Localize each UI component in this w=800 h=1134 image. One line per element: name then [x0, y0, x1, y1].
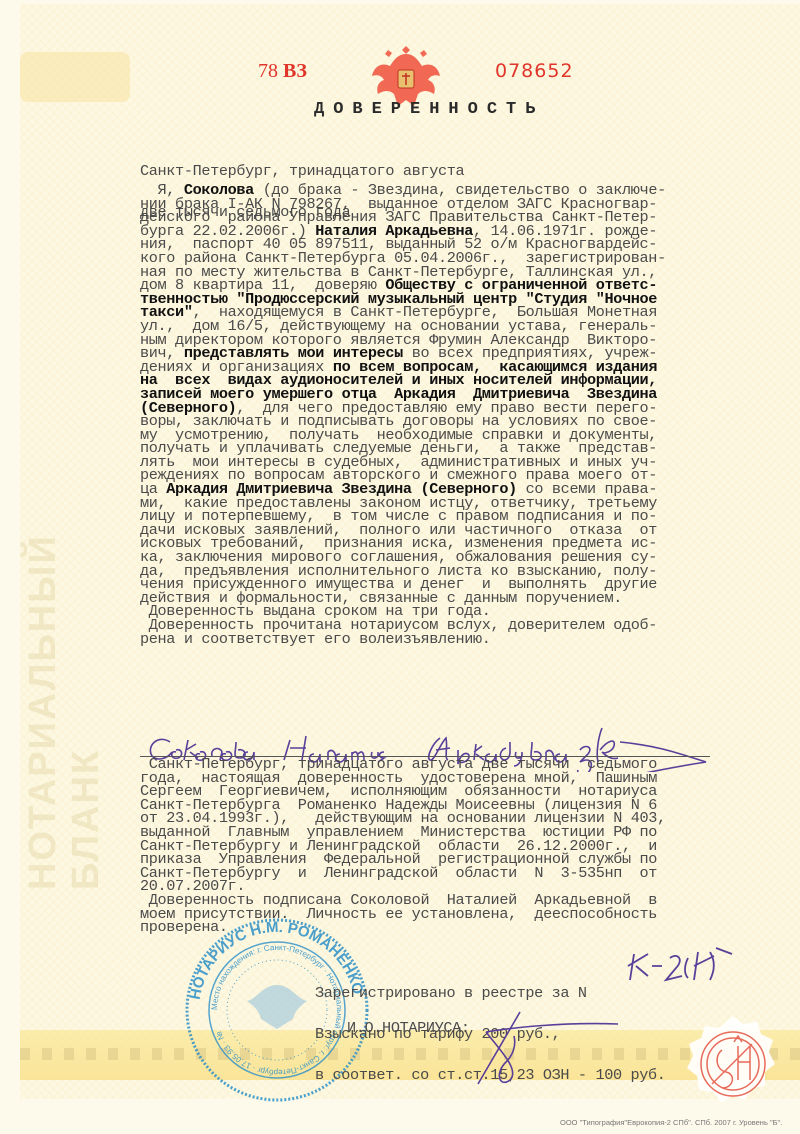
handwritten-registry-number-icon — [626, 944, 736, 984]
body-line: рена и соответствует его волеизъявлению. — [140, 633, 700, 647]
form-number: 078652 — [495, 60, 574, 82]
place-line: Санкт-Петербург, тринадцатого августа — [140, 165, 700, 179]
notary-signature-icon — [450, 1000, 620, 1090]
decorative-strip — [20, 52, 130, 102]
notarial-certification: Санкт-Петербург, тринадцатого августа дв… — [140, 758, 730, 935]
body-text: рена и соответствует его волеизъявлению. — [140, 630, 491, 648]
watermark: НОТАРИАЛЬНЫЙ БЛАНК — [22, 510, 62, 890]
registry-number-line: Зарегистрировано в реестре за N — [315, 987, 715, 1001]
document-body: Я, Соколова (до брака - Звездина, свидет… — [140, 184, 700, 646]
printer-seal-icon — [678, 1010, 788, 1110]
document-title: ДОВЕРЕННОСТЬ — [314, 100, 544, 119]
series-letters: ВЗ — [283, 60, 307, 82]
series-number: 78 — [258, 60, 278, 82]
printer-imprint: ООО "Типография"Еврокопия-2 СПб". СПб. 2… — [560, 1118, 782, 1127]
form-series: 78 ВЗ — [258, 60, 307, 83]
